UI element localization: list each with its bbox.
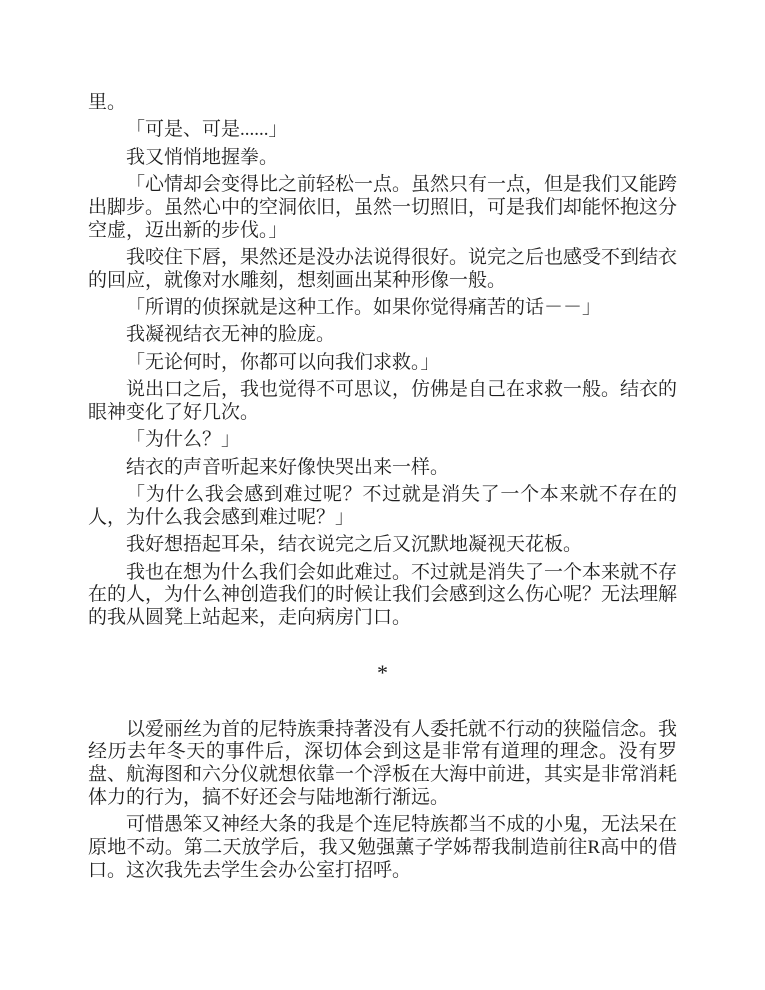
paragraph-dialogue: 「无论何时，你都可以向我们求救。」 (88, 352, 677, 375)
paragraph-dialogue: 「为什么我会感到难过呢？不过就是消失了一个本来就不存在的人，为什么我会感到难过呢… (88, 484, 677, 529)
paragraph-narration: 我凝视结衣无神的脸庞。 (88, 324, 677, 347)
section-break-asterisk: * (88, 661, 677, 684)
paragraph-dialogue: 「为什么？」 (88, 429, 677, 452)
paragraph-narration: 我又悄悄地握拳。 (88, 147, 677, 170)
paragraph-narration: 结衣的声音听起来好像快哭出来一样。 (88, 457, 677, 480)
paragraph-narration: 我好想捂起耳朵，结衣说完之后又沉默地凝视天花板。 (88, 534, 677, 557)
paragraph-continuation: 里。 (88, 92, 677, 115)
paragraph-dialogue: 「心情却会变得比之前轻松一点。虽然只有一点，但是我们又能跨出脚步。虽然心中的空洞… (88, 174, 677, 242)
text-column: 里。 「可是、可是......」 我又悄悄地握拳。 「心情却会变得比之前轻松一点… (88, 92, 677, 887)
paragraph-narration: 我咬住下唇，果然还是没办法说得很好。说完之后也感受不到结衣的回应，就像对水雕刻，… (88, 247, 677, 292)
paragraph-narration: 我也在想为什么我们会如此难过。不过就是消失了一个本来就不存在的人，为什么神创造我… (88, 562, 677, 630)
paragraph-narration: 以爱丽丝为首的尼特族秉持著没有人委托就不行动的狭隘信念。我经历去年冬天的事件后，… (88, 719, 677, 810)
paragraph-narration: 可惜愚笨又神经大条的我是个连尼特族都当不成的小鬼，无法呆在原地不动。第二天放学后… (88, 814, 677, 882)
paragraph-dialogue: 「可是、可是......」 (88, 119, 677, 142)
paragraph-dialogue: 「所谓的侦探就是这种工作。如果你觉得痛苦的话－－」 (88, 297, 677, 320)
paragraph-narration: 说出口之后，我也觉得不可思议，仿佛是自己在求救一般。结衣的眼神变化了好几次。 (88, 379, 677, 424)
novel-page: 里。 「可是、可是......」 我又悄悄地握拳。 「心情却会变得比之前轻松一点… (0, 0, 765, 990)
